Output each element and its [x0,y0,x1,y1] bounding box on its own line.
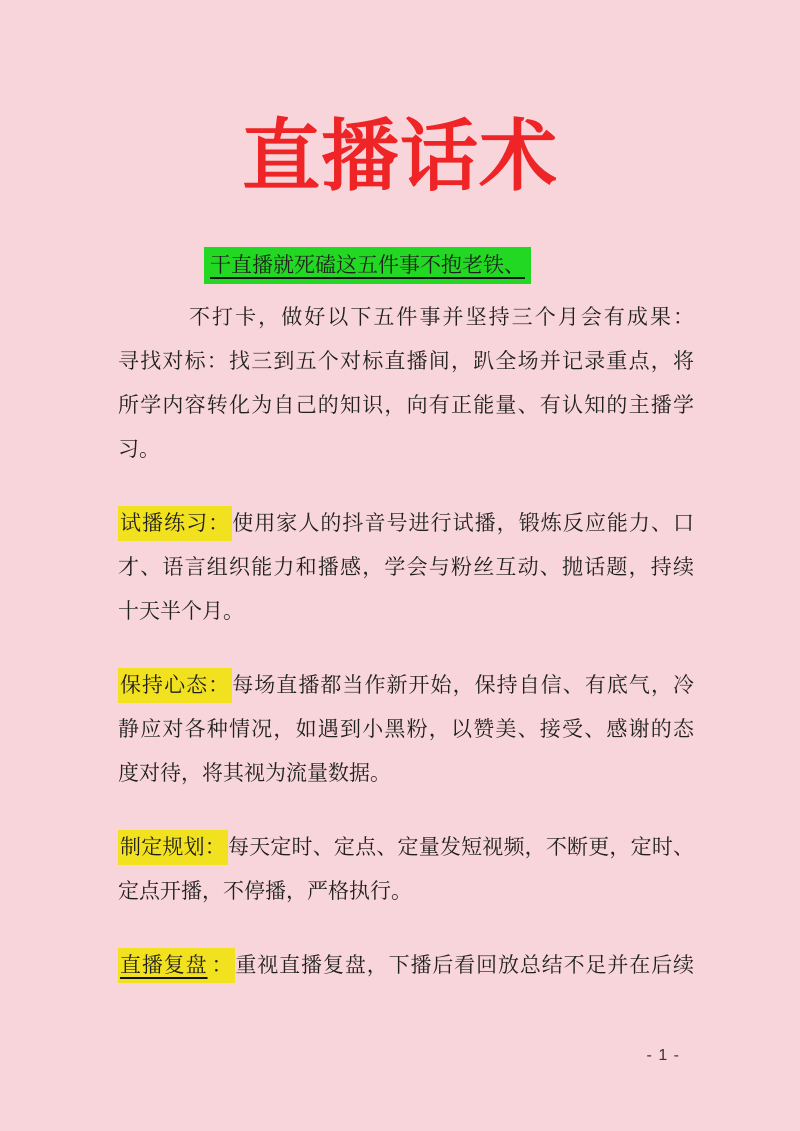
text-line: 不打卡，做好以下五件事并坚持三个月会有成果： [118,296,694,340]
text-segment: 静应对各种情况，如遇到小黑粉，以赞美、接受、感谢的态 [118,718,694,741]
text-segment: 每场直播都当作新开始，保持自信、有底气，冷 [232,674,694,697]
text-line: 习。 [118,428,694,472]
text-segment: 才、语言组织能力和播感，学会与粉丝互动、抛话题，持续 [118,556,694,579]
section-intro: 不打卡，做好以下五件事并坚持三个月会有成果：寻找对标：找三到五个对标直播间，趴全… [118,296,694,472]
section-planning: 制定规划：每天定时、定点、定量发短视频，不断更，定时、定点开播，不停播，严格执行… [118,826,694,914]
document-body: 干直播就死磕这五件事不抱老铁、不打卡，做好以下五件事并坚持三个月会有成果：寻找对… [118,244,694,988]
text-segment: 定点开播，不停播，严格执行。 [118,880,412,903]
text-line: 度对待，将其视为流量数据。 [118,752,694,796]
text-segment: 不打卡，做好以下五件事并坚持三个月会有成果： [189,306,694,329]
text-line: 试播练习：使用家人的抖音号进行试播，锻炼反应能力、口 [118,502,694,546]
text-line: 保持心态：每场直播都当作新开始，保持自信、有底气，冷 [118,664,694,708]
text-line: 制定规划：每天定时、定点、定量发短视频，不断更，定时、 [118,826,694,870]
text-line: 静应对各种情况，如遇到小黑粉，以赞美、接受、感谢的态 [118,708,694,752]
section-heading-highlight: 保持心态： [118,668,232,703]
text-segment: 习。 [118,438,160,461]
section-review: 直播复盘：重视直播复盘，下播后看回放总结不足并在后续 [118,944,694,988]
text-line: 才、语言组织能力和播感，学会与粉丝互动、抛话题，持续 [118,546,694,590]
text-segment: 每天定时、定点、定量发短视频，不断更，定时、 [228,836,694,859]
text-line: 所学内容转化为自己的知识，向有正能量、有认知的主播学 [118,384,694,428]
text-line: 定点开播，不停播，严格执行。 [118,870,694,914]
text-segment: 所学内容转化为自己的知识，向有正能量、有认知的主播学 [118,394,694,417]
text-line: 十天半个月。 [118,590,694,634]
text-segment: 寻找对标：找三到五个对标直播间，趴全场并记录重点，将 [118,350,694,373]
text-segment: 十天半个月。 [118,600,244,623]
document-page: 直播话术 干直播就死磕这五件事不抱老铁、不打卡，做好以下五件事并坚持三个月会有成… [0,0,800,1131]
section-headline: 干直播就死磕这五件事不抱老铁、 [118,244,694,288]
text-line: 直播复盘：重视直播复盘，下播后看回放总结不足并在后续 [118,944,694,988]
headline-highlight: 干直播就死磕这五件事不抱老铁、 [204,247,531,284]
text-line: 寻找对标：找三到五个对标直播间，趴全场并记录重点，将 [118,340,694,384]
section-trial-practice: 试播练习：使用家人的抖音号进行试播，锻炼反应能力、口才、语言组织能力和播感，学会… [118,502,694,634]
page-title: 直播话术 [0,0,800,210]
section-heading-highlight: ： [210,948,236,983]
text-line: 干直播就死磕这五件事不抱老铁、 [118,244,694,288]
section-heading-highlight: 试播练习： [118,506,232,541]
text-segment: 度对待，将其视为流量数据。 [118,762,391,785]
page-number: - 1 - [647,1047,680,1065]
section-mindset: 保持心态：每场直播都当作新开始，保持自信、有底气，冷静应对各种情况，如遇到小黑粉… [118,664,694,796]
section-heading-highlight: 制定规划： [118,830,228,865]
text-segment: 重视直播复盘，下播后看回放总结不足并在后续 [235,954,694,977]
text-segment: 使用家人的抖音号进行试播，锻炼反应能力、口 [232,512,694,535]
section-heading-highlight: 直播复盘 [118,948,210,983]
